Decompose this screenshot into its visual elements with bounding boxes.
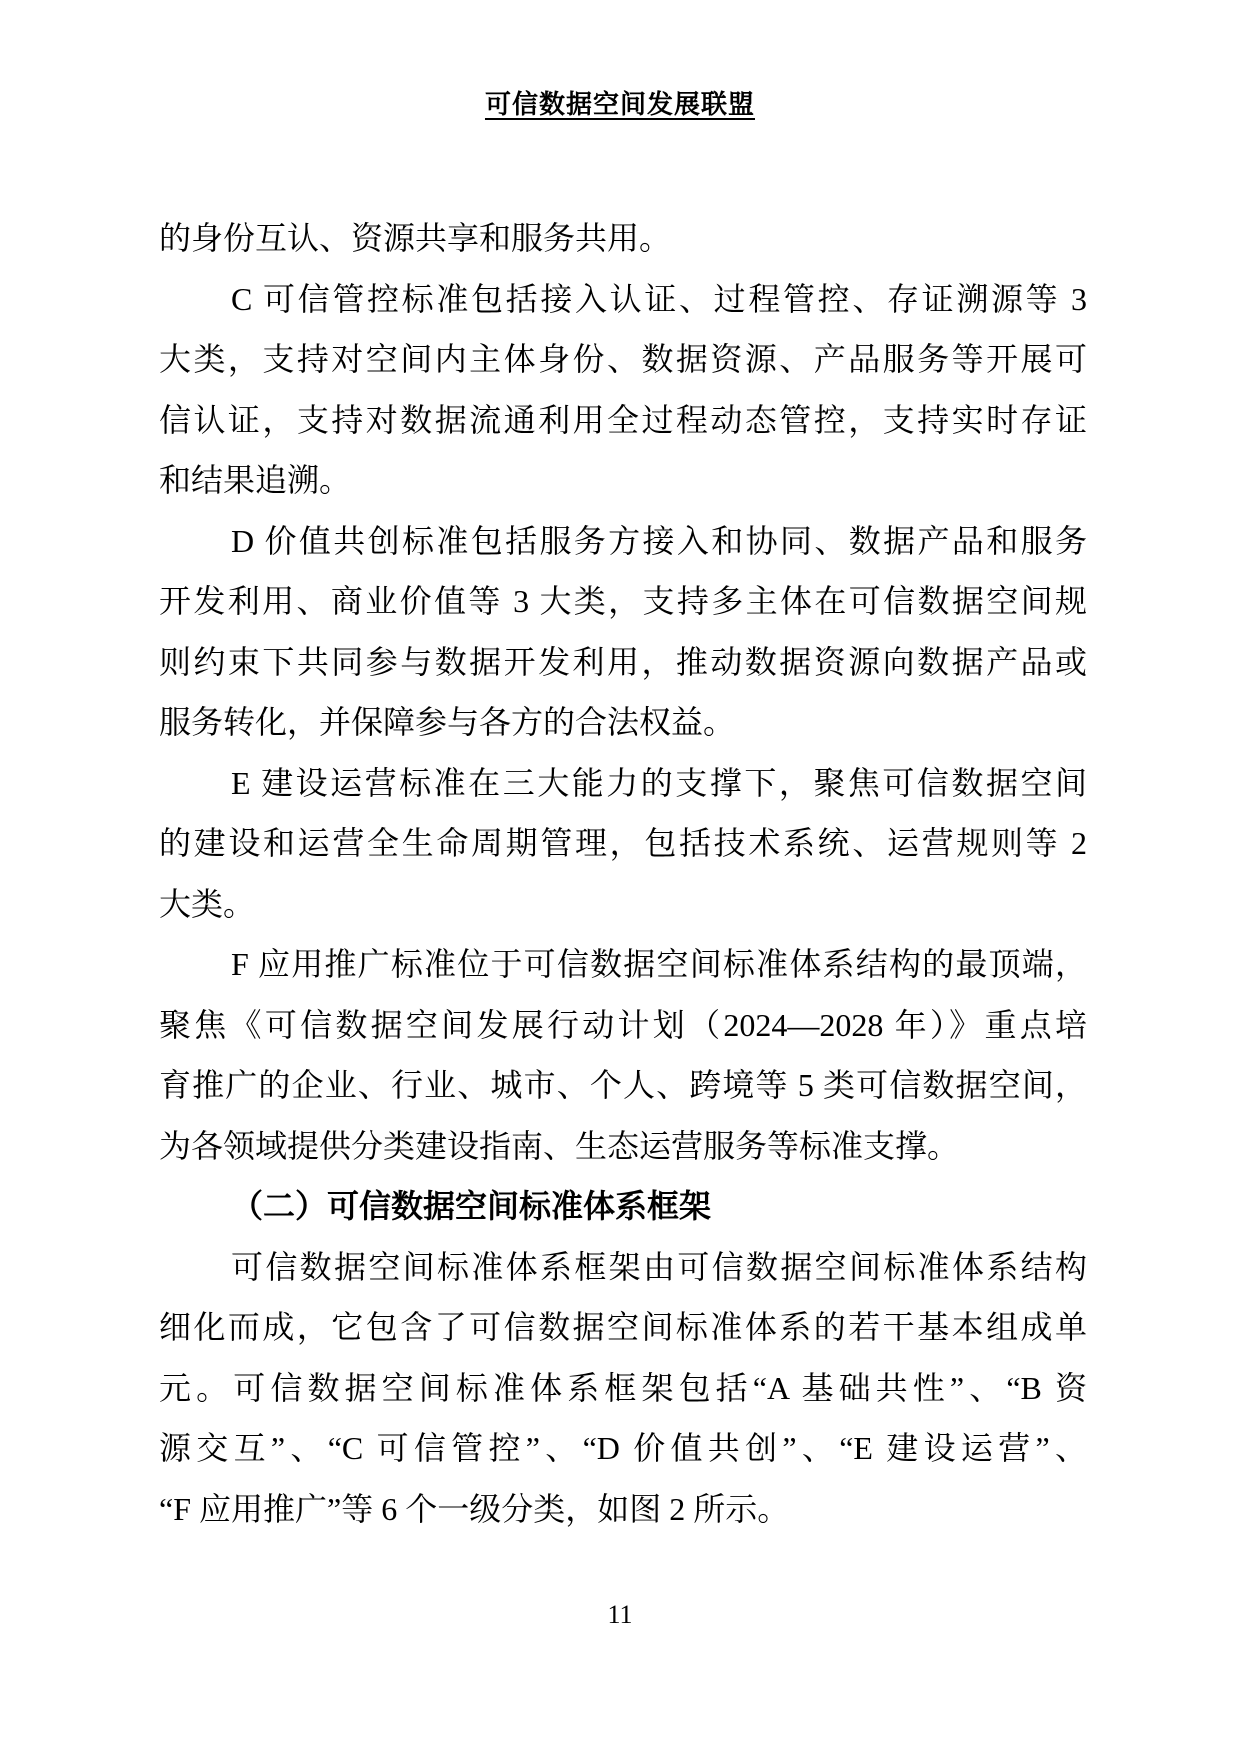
text-line: 信认证，支持对数据流通利用全过程动态管控，支持实时存证 — [159, 390, 1087, 451]
section-heading: （二）可信数据空间标准体系框架 — [159, 1176, 1087, 1237]
text-line: C 可信管控标准包括接入认证、过程管控、存证溯源等 3 — [159, 269, 1087, 330]
text-line: 则约束下共同参与数据开发利用，推动数据资源向数据产品或 — [159, 632, 1087, 693]
page-number: 11 — [0, 1600, 1240, 1630]
document-header: 可信数据空间发展联盟 — [0, 84, 1240, 121]
document-page: 可信数据空间发展联盟 的身份互认、资源共享和服务共用。 C 可信管控标准包括接入… — [0, 0, 1240, 1754]
text-line: 和结果追溯。 — [159, 450, 1087, 511]
text-line: 可信数据空间标准体系框架由可信数据空间标准体系结构 — [159, 1237, 1087, 1298]
text-line: 大类，支持对空间内主体身份、数据资源、产品服务等开展可 — [159, 329, 1087, 390]
text-line: E 建设运营标准在三大能力的支撑下，聚焦可信数据空间 — [159, 753, 1087, 814]
text-line: 的建设和运营全生命周期管理，包括技术系统、运营规则等 2 — [159, 813, 1087, 874]
text-line: 聚焦《可信数据空间发展行动计划（2024—2028 年）》重点培 — [159, 995, 1087, 1056]
text-line: 服务转化，并保障参与各方的合法权益。 — [159, 692, 1087, 753]
text-line: 元。可信数据空间标准体系框架包括“A 基础共性”、“B 资 — [159, 1358, 1087, 1419]
body-content: 的身份互认、资源共享和服务共用。 C 可信管控标准包括接入认证、过程管控、存证溯… — [159, 208, 1087, 1539]
text-line: F 应用推广标准位于可信数据空间标准体系结构的最顶端， — [159, 934, 1087, 995]
text-line: 的身份互认、资源共享和服务共用。 — [159, 208, 1087, 269]
text-line: 为各领域提供分类建设指南、生态运营服务等标准支撑。 — [159, 1116, 1087, 1177]
text-line: 源交互”、“C 可信管控”、“D 价值共创”、“E 建设运营”、 — [159, 1418, 1087, 1479]
text-line: 大类。 — [159, 874, 1087, 935]
header-title: 可信数据空间发展联盟 — [485, 84, 755, 121]
text-line: D 价值共创标准包括服务方接入和协同、数据产品和服务 — [159, 511, 1087, 572]
text-line: 育推广的企业、行业、城市、个人、跨境等 5 类可信数据空间， — [159, 1055, 1087, 1116]
text-line: “F 应用推广”等 6 个一级分类，如图 2 所示。 — [159, 1479, 1087, 1540]
text-line: 细化而成，它包含了可信数据空间标准体系的若干基本组成单 — [159, 1297, 1087, 1358]
text-line: 开发利用、商业价值等 3 大类，支持多主体在可信数据空间规 — [159, 571, 1087, 632]
